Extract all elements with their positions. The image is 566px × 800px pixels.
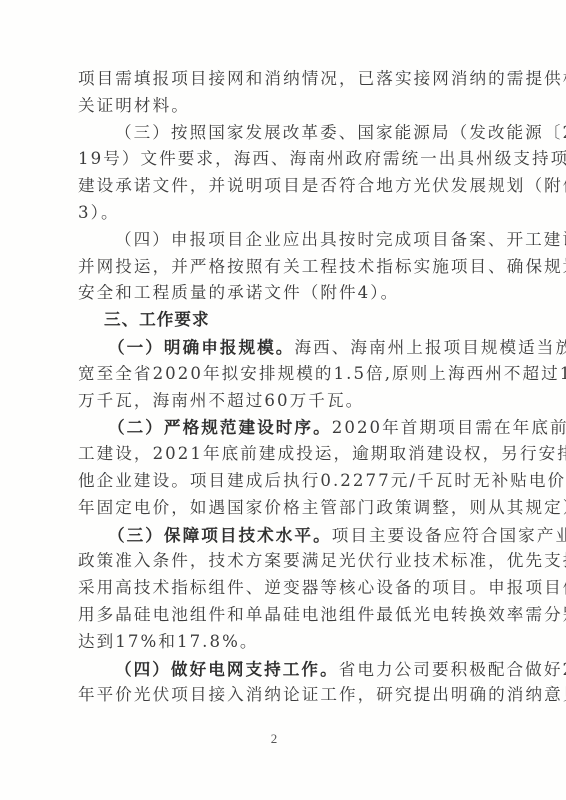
text-line: 政策准入条件，技术方案要满足光伏行业技术标准，优先支持 — [78, 548, 492, 575]
requirement-3-first-line: （三）保障项目技术水平。项目主要设备应符合国家产业 — [78, 522, 492, 549]
text-line: 并网投运，并严格按照有关工程技术指标实施项目、确保规划 — [78, 254, 492, 281]
text-line: 19号）文件要求，海西、海南州政府需统一出具州级支持项目 — [78, 146, 492, 173]
text-line: 年固定电价，如遇国家价格主管部门政策调整，则从其规定）。 — [78, 495, 492, 522]
requirement-3-lead: （三）保障项目技术水平。 — [108, 525, 332, 545]
requirement-1-text: 海西、海南州上报项目规模适当放 — [294, 338, 566, 357]
paragraph-item-4-start: （四）申报项目企业应出具按时完成项目备案、开工建设、 — [78, 227, 492, 254]
requirement-2-text: 2020年首期项目需在年底前开 — [332, 418, 566, 437]
text-line: 安全和工程质量的承诺文件（附件4）。 — [78, 280, 492, 307]
text-line: 年平价光伏项目接入消纳论证工作，研究提出明确的消纳意见， — [78, 682, 492, 709]
text-line: 宽至全省2020年拟安排规模的1.5倍,原则上海西州不超过120 — [78, 361, 492, 388]
section-heading: 三、工作要求 — [78, 307, 492, 334]
page-number: 2 — [268, 731, 280, 747]
requirement-1-lead: （一）明确申报规模。 — [108, 337, 294, 357]
text-line: 建设承诺文件，并说明项目是否符合地方光伏发展规划（附件 — [78, 173, 492, 200]
text-line: 万千瓦，海南州不超过60万千瓦。 — [78, 388, 492, 415]
document-body: 项目需填报项目接网和消纳情况，已落实接网消纳的需提供相 关证明材料。 （三）按照… — [78, 66, 492, 709]
requirement-4-lead: （四）做好电网支持工作。 — [115, 659, 339, 679]
text-line: 关证明材料。 — [78, 93, 492, 120]
text-line: 他企业建设。项目建成后执行0.2277元/千瓦时无补贴电价（20 — [78, 468, 492, 495]
requirement-3-text: 项目主要设备应符合国家产业 — [332, 526, 566, 545]
text-line: 项目需填报项目接网和消纳情况，已落实接网消纳的需提供相 — [78, 66, 492, 93]
text-line: 达到17%和17.8%。 — [78, 629, 492, 656]
text-line: 采用高技术指标组件、逆变器等核心设备的项目。申报项目使 — [78, 575, 492, 602]
requirement-2-first-line: （二）严格规范建设时序。2020年首期项目需在年底前开 — [78, 414, 492, 441]
requirement-4-first-line: （四）做好电网支持工作。省电力公司要积极配合做好2020 — [78, 656, 492, 683]
text-line: 工建设，2021年底前建成投运，逾期取消建设权，另行安排其 — [78, 441, 492, 468]
requirement-4-text: 省电力公司要积极配合做好2020 — [339, 660, 566, 679]
paragraph-item-3-start: （三）按照国家发展改革委、国家能源局（发改能源〔2019〕 — [78, 120, 492, 147]
text-line: 用多晶硅电池组件和单晶硅电池组件最低光电转换效率需分别 — [78, 602, 492, 629]
requirement-1-first-line: （一）明确申报规模。海西、海南州上报项目规模适当放 — [78, 334, 492, 361]
document-page: 项目需填报项目接网和消纳情况，已落实接网消纳的需提供相 关证明材料。 （三）按照… — [0, 0, 566, 800]
text-line: 3）。 — [78, 200, 492, 227]
requirement-2-lead: （二）严格规范建设时序。 — [108, 417, 332, 437]
